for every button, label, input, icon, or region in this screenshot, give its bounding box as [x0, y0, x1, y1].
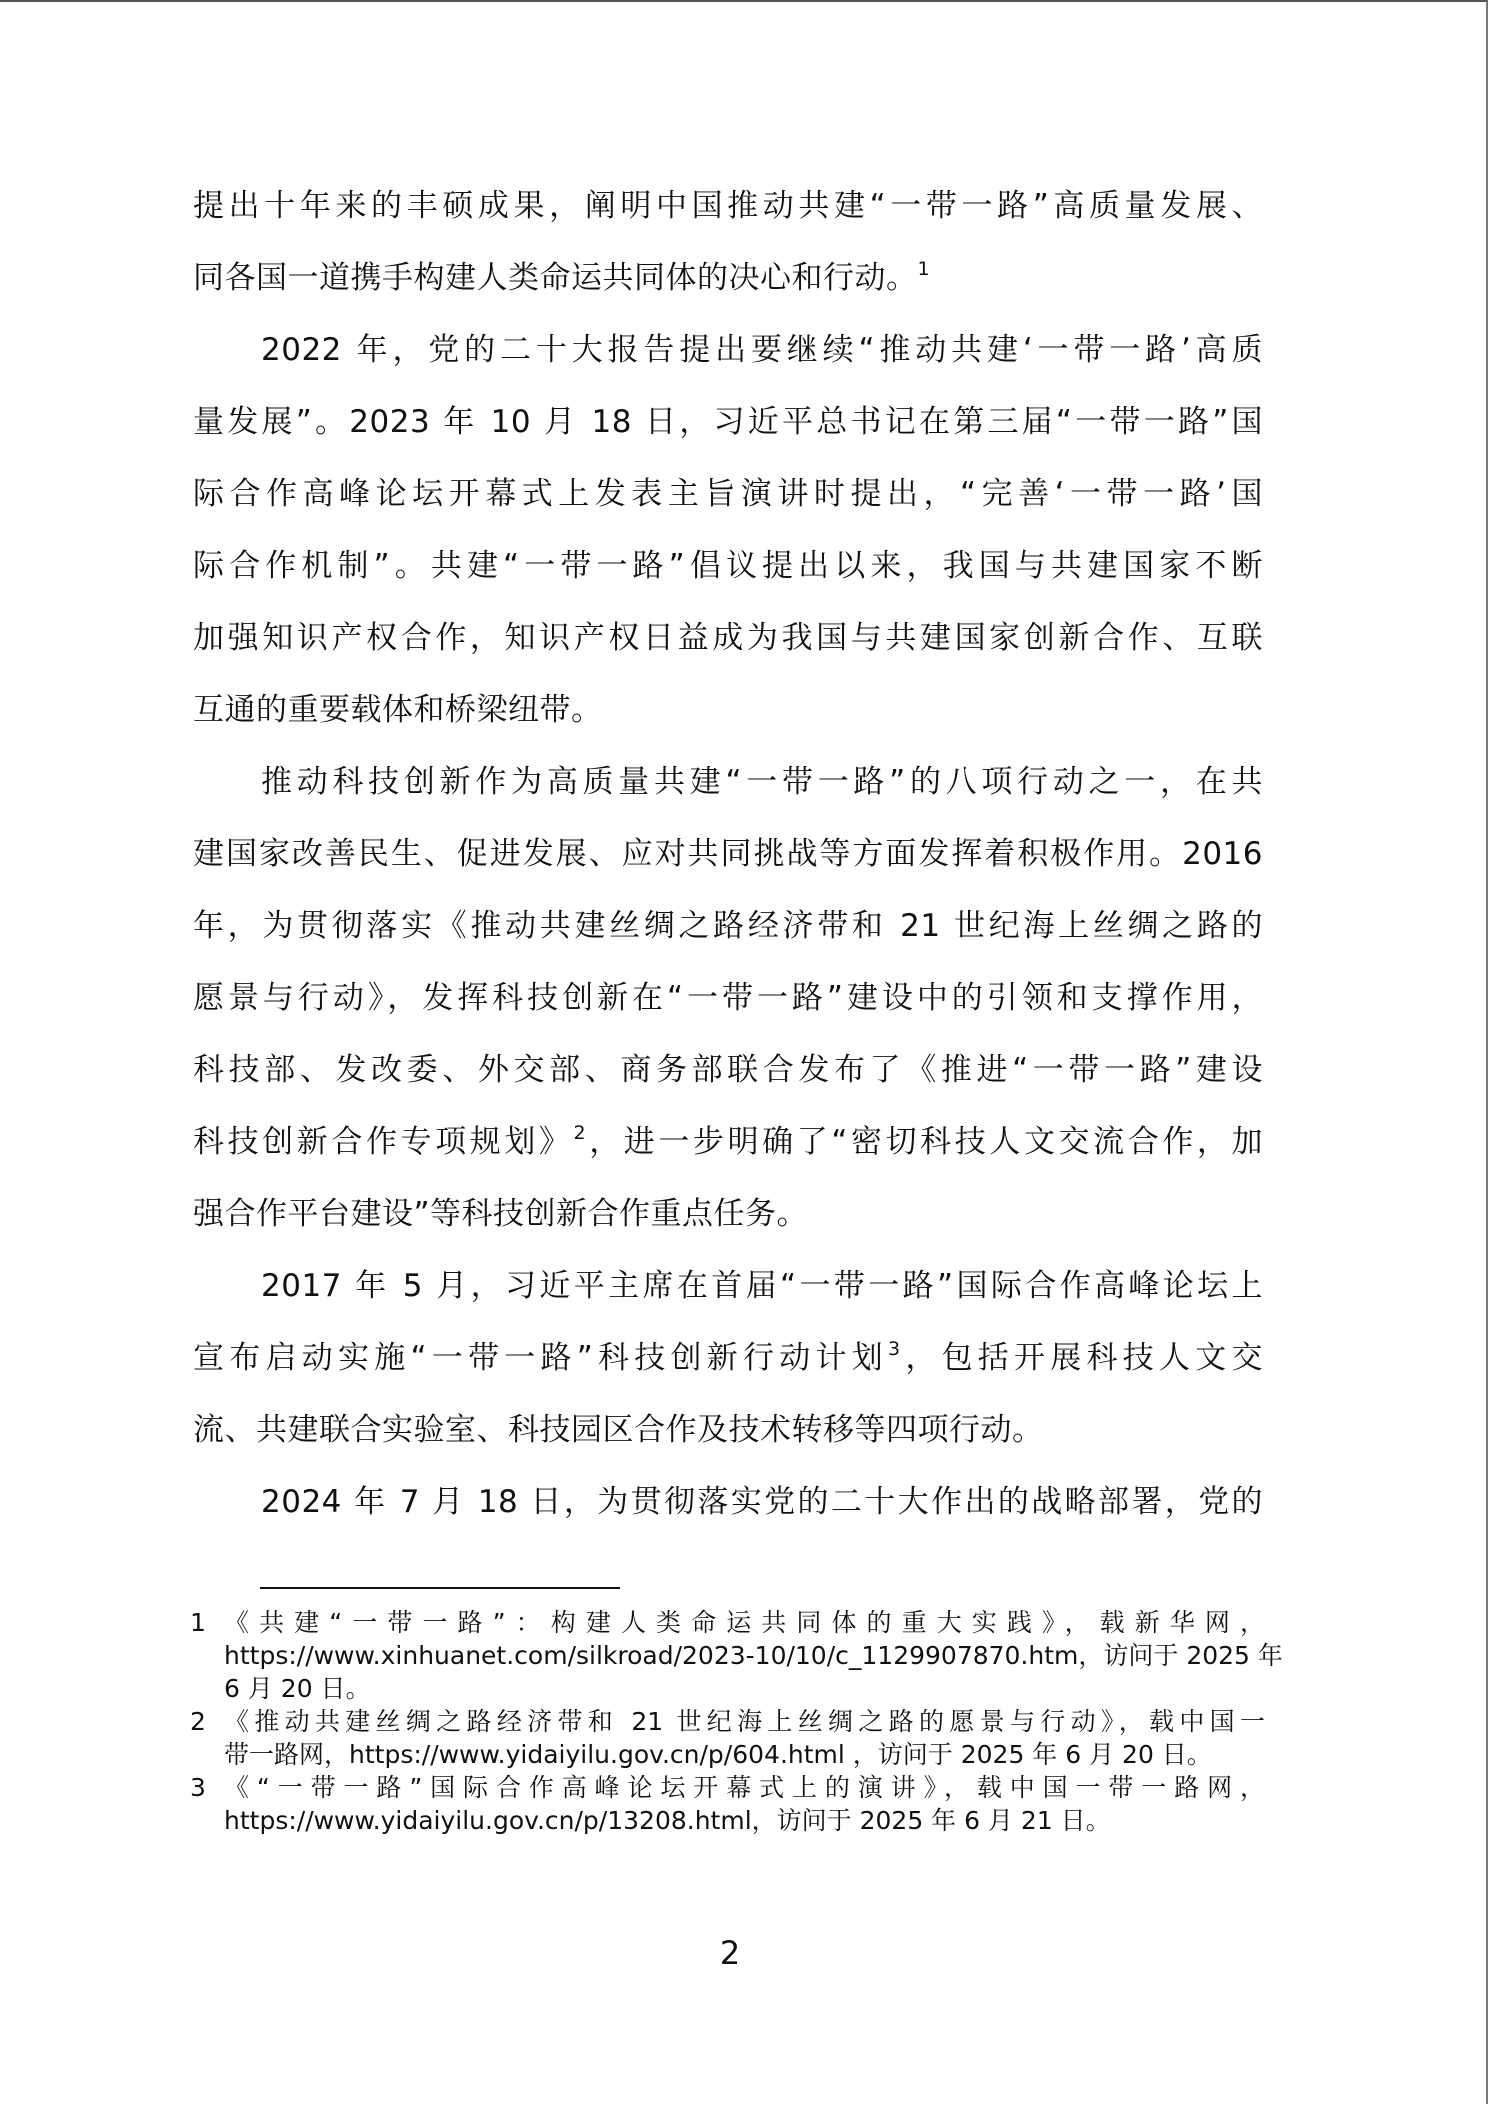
- text-line: 际合作机制”。共建“一带一路”倡议提出以来，我国与共建国家不断: [193, 530, 1263, 602]
- text-line: 科技部、发改委、外交部、商务部联合发布了《推进“一带一路”建设: [193, 1034, 1263, 1106]
- footnote-number: 2: [190, 1705, 220, 1738]
- footnote-number: 3: [190, 1771, 220, 1804]
- text-span: 同各国一道携手构建人类命运共同体的决心和行动。: [193, 260, 918, 296]
- footnote-link[interactable]: https://www.yidaiyilu.gov.cn/p/13208.htm…: [224, 1804, 1265, 1837]
- paragraph: 2022 年，党的二十大报告提出要继续“推动共建‘一带一路’高质 量发展”。20…: [193, 314, 1263, 746]
- text-line: 际合作高峰论坛开幕式上发表主旨演讲时提出，“完善‘一带一路’国: [193, 458, 1263, 530]
- text-line: 2024 年 7 月 18 日，为贯彻落实党的二十大作出的战略部署，党的: [193, 1466, 1263, 1538]
- paragraph: 2017 年 5 月，习近平主席在首届“一带一路”国际合作高峰论坛上 宣布启动实…: [193, 1250, 1263, 1466]
- text-line: 提出十年来的丰硕成果，阐明中国推动共建“一带一路”高质量发展、: [193, 170, 1263, 242]
- footnote-line: 《“一带一路”国际合作高峰论坛开幕式上的演讲》，载中国一带一路网，: [224, 1771, 1265, 1804]
- document-page: 提出十年来的丰硕成果，阐明中国推动共建“一带一路”高质量发展、 同各国一道携手构…: [0, 0, 1488, 2104]
- page-number: 2: [0, 1934, 1460, 1972]
- text-span: ，进一步明确了“密切科技人文交流合作，加: [586, 1124, 1263, 1160]
- text-line: 量发展”。2023 年 10 月 18 日，习近平总书记在第三届“一带一路”国: [193, 386, 1263, 458]
- body-text: 提出十年来的丰硕成果，阐明中国推动共建“一带一路”高质量发展、 同各国一道携手构…: [193, 170, 1263, 1538]
- footnote-line: 6 月 20 日。: [224, 1672, 1265, 1705]
- paragraph: 提出十年来的丰硕成果，阐明中国推动共建“一带一路”高质量发展、 同各国一道携手构…: [193, 170, 1263, 314]
- paragraph: 2024 年 7 月 18 日，为贯彻落实党的二十大作出的战略部署，党的: [193, 1466, 1263, 1538]
- footnote-2: 2 《推动共建丝绸之路经济带和 21 世纪海上丝绸之路的愿景与行动》，载中国一 …: [190, 1705, 1265, 1771]
- footnote-link[interactable]: https://www.xinhuanet.com/silkroad/2023-…: [224, 1639, 1265, 1672]
- footnote-number: 1: [190, 1606, 220, 1639]
- footnote-line: 《共建“一带一路”：构建人类命运共同体的重大实践》，载新华网，: [224, 1606, 1265, 1639]
- text-line: 2017 年 5 月，习近平主席在首届“一带一路”国际合作高峰论坛上: [193, 1250, 1263, 1322]
- text-line: 同各国一道携手构建人类命运共同体的决心和行动。1: [193, 242, 1263, 314]
- text-line: 愿景与行动》，发挥科技创新在“一带一路”建设中的引领和支撑作用，: [193, 962, 1263, 1034]
- footnote-separator: [260, 1587, 620, 1589]
- text-line: 互通的重要载体和桥梁纽带。: [193, 674, 1263, 746]
- text-line: 科技创新合作专项规划》2，进一步明确了“密切科技人文交流合作，加: [193, 1106, 1263, 1178]
- text-line: 流、共建联合实验室、科技园区合作及技术转移等四项行动。: [193, 1394, 1263, 1466]
- footnote-ref[interactable]: 2: [574, 1122, 587, 1144]
- text-line: 2022 年，党的二十大报告提出要继续“推动共建‘一带一路’高质: [193, 314, 1263, 386]
- footnote-link[interactable]: 带一路网，https://www.yidaiyilu.gov.cn/p/604.…: [224, 1738, 1265, 1771]
- text-line: 推动科技创新作为高质量共建“一带一路”的八项行动之一，在共: [193, 746, 1263, 818]
- text-line: 年，为贯彻落实《推动共建丝绸之路经济带和 21 世纪海上丝绸之路的: [193, 890, 1263, 962]
- text-span: 科技创新合作专项规划》: [193, 1124, 574, 1160]
- footnote-line: 《推动共建丝绸之路经济带和 21 世纪海上丝绸之路的愿景与行动》，载中国一: [224, 1705, 1265, 1738]
- text-line: 建国家改善民生、促进发展、应对共同挑战等方面发挥着积极作用。2016: [193, 818, 1263, 890]
- footnote-ref[interactable]: 3: [888, 1338, 901, 1360]
- text-span: ，包括开展科技人文交: [901, 1340, 1263, 1376]
- text-line: 加强知识产权合作，知识产权日益成为我国与共建国家创新合作、互联: [193, 602, 1263, 674]
- footnote-3: 3 《“一带一路”国际合作高峰论坛开幕式上的演讲》，载中国一带一路网， http…: [190, 1771, 1265, 1837]
- text-span: 宣布启动实施“一带一路”科技创新行动计划: [193, 1340, 888, 1376]
- text-line: 强合作平台建设”等科技创新合作重点任务。: [193, 1178, 1263, 1250]
- paragraph: 推动科技创新作为高质量共建“一带一路”的八项行动之一，在共 建国家改善民生、促进…: [193, 746, 1263, 1250]
- footnote-1: 1 《共建“一带一路”：构建人类命运共同体的重大实践》，载新华网， https:…: [190, 1606, 1265, 1705]
- text-line: 宣布启动实施“一带一路”科技创新行动计划3，包括开展科技人文交: [193, 1322, 1263, 1394]
- footnote-ref[interactable]: 1: [918, 258, 931, 280]
- footnotes: 1 《共建“一带一路”：构建人类命运共同体的重大实践》，载新华网， https:…: [190, 1606, 1265, 1837]
